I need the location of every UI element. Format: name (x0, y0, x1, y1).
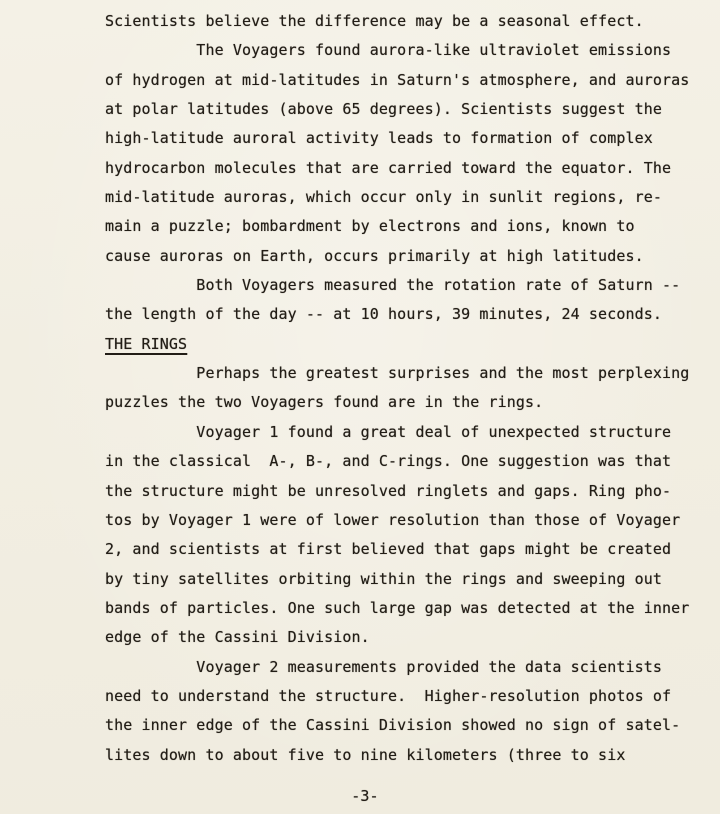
text-line: lites down to about five to nine kilomet… (105, 741, 705, 770)
text-line: edge of the Cassini Division. (105, 623, 705, 652)
text-line: tos by Voyager 1 were of lower resolutio… (105, 506, 705, 535)
text-line: mid-latitude auroras, which occur only i… (105, 183, 705, 212)
text-line: The Voyagers found aurora-like ultraviol… (105, 36, 705, 65)
text-line: bands of particles. One such large gap w… (105, 594, 705, 623)
text-line: Voyager 1 found a great deal of unexpect… (105, 418, 705, 447)
text-line: puzzles the two Voyagers found are in th… (105, 388, 705, 417)
text-line: Voyager 2 measurements provided the data… (105, 653, 705, 682)
text-line: high-latitude auroral activity leads to … (105, 124, 705, 153)
text-line: need to understand the structure. Higher… (105, 682, 705, 711)
text-line: at polar latitudes (above 65 degrees). S… (105, 95, 705, 124)
page-number: -3- (105, 782, 625, 811)
document-page: Scientists believe the difference may be… (0, 0, 720, 814)
text-line: hydrocarbon molecules that are carried t… (105, 154, 705, 183)
text-line: in the classical A-, B-, and C-rings. On… (105, 447, 705, 476)
text-line: the structure might be unresolved ringle… (105, 477, 705, 506)
text-line: Scientists believe the difference may be… (105, 7, 705, 36)
text-line: the inner edge of the Cassini Division s… (105, 711, 705, 740)
text-line: main a puzzle; bombardment by electrons … (105, 212, 705, 241)
section-heading-the-rings: THE RINGS (105, 330, 705, 359)
document-text-block: Scientists believe the difference may be… (105, 7, 705, 770)
text-line: 2, and scientists at first believed that… (105, 535, 705, 564)
text-line: Both Voyagers measured the rotation rate… (105, 271, 705, 300)
text-line: by tiny satellites orbiting within the r… (105, 565, 705, 594)
text-line: the length of the day -- at 10 hours, 39… (105, 300, 705, 329)
text-line: of hydrogen at mid-latitudes in Saturn's… (105, 66, 705, 95)
text-line: Perhaps the greatest surprises and the m… (105, 359, 705, 388)
text-line: cause auroras on Earth, occurs primarily… (105, 242, 705, 271)
